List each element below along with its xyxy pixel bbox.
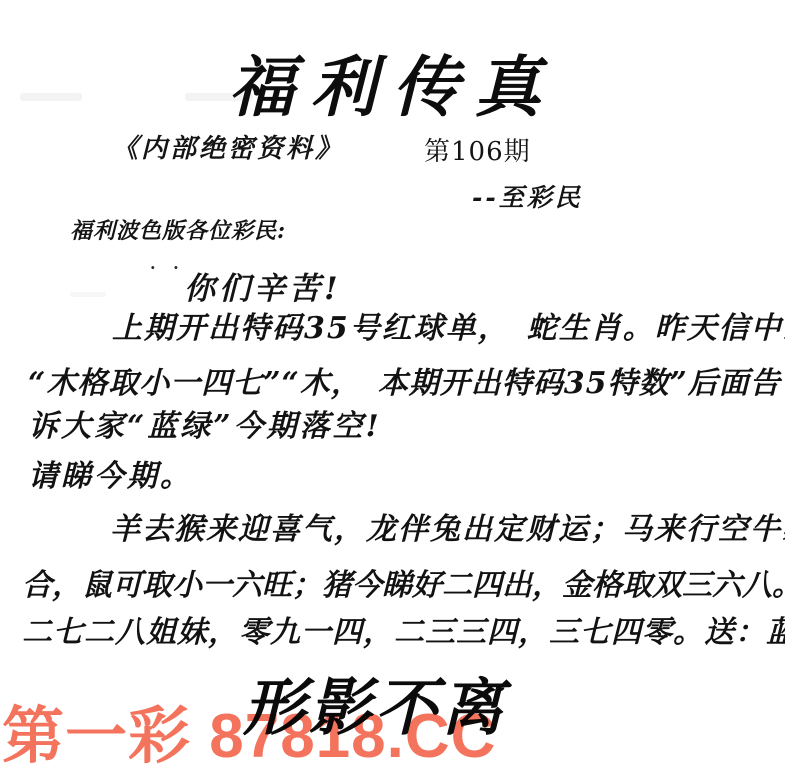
- page-title: 福利传真: [0, 34, 785, 129]
- body-line: “木格取小一四七”“木， 本期开出特码35特数”后面告: [28, 358, 781, 402]
- secret-material-label: 《内部绝密资料》: [112, 128, 344, 165]
- body-line: 上期开出特码35号红球单， 蛇生肖。昨天信中提供: [112, 303, 785, 347]
- site-watermark: 第一彩 87818.CC: [2, 686, 496, 772]
- body-line: 诉大家“蓝绿”今期落空!: [28, 401, 382, 445]
- scan-smudge: [70, 292, 106, 297]
- dedication-line: --至彩民: [472, 178, 583, 214]
- verse-line: 合，鼠可取小一六旺；猪今睇好二四出，金格取双三六八。: [22, 560, 785, 604]
- salutation-line: 福利波色版各位彩民:: [70, 214, 286, 245]
- ink-dots-artifact: · ·: [150, 258, 185, 277]
- verse-line: 羊去猴来迎喜气，龙伴兔出定财运；马来行空牛必: [110, 504, 785, 548]
- verse-line: 二七二八姐妹，零九一四，二三三四，三七四零。送：蓝绿: [22, 607, 785, 651]
- body-line: 请睇今期。: [28, 451, 193, 495]
- greeting-line: 你们辛苦!: [184, 263, 342, 308]
- fax-document-page: 福利传真 《内部绝密资料》 第106期 --至彩民 福利波色版各位彩民: · ·…: [0, 0, 785, 772]
- issue-number-label: 第106期: [424, 131, 531, 168]
